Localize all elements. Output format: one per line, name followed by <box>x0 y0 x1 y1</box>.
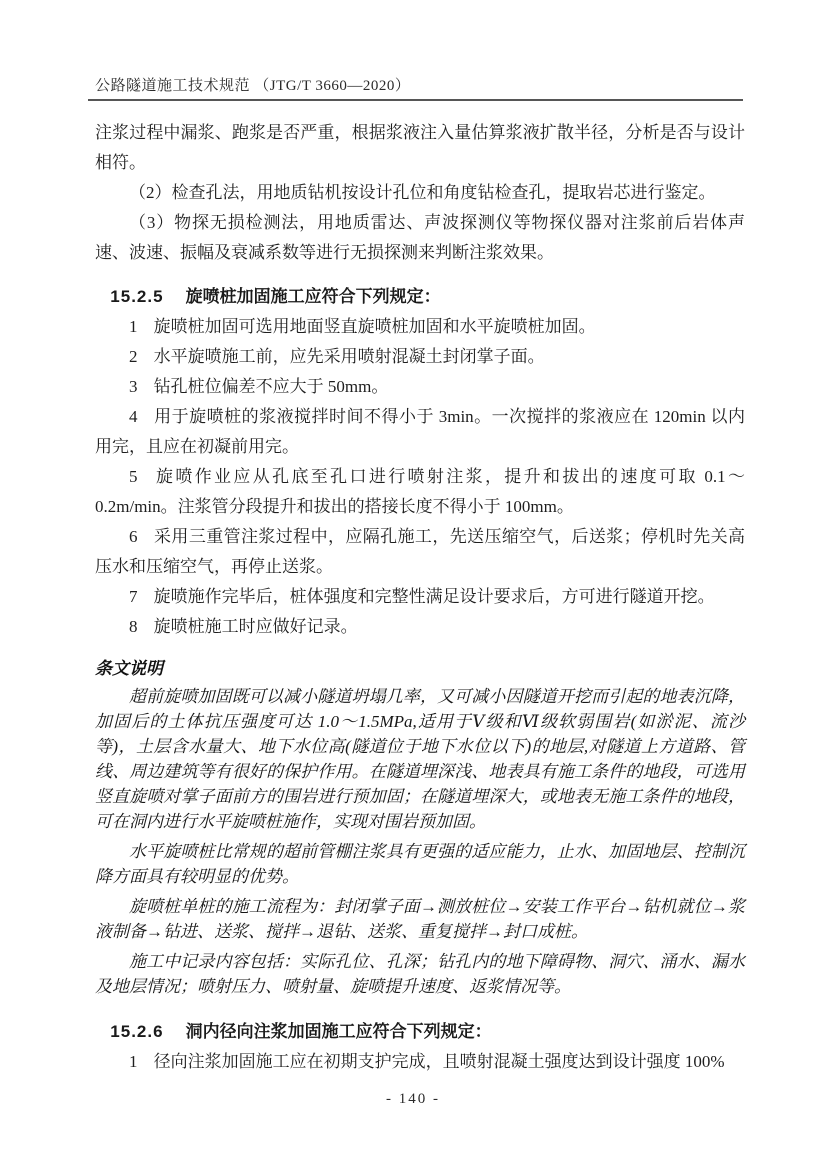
item-text: 旋喷桩加固可选用地面竖直旋喷桩加固和水平旋喷桩加固。 <box>154 317 596 336</box>
commentary-paragraph-4: 施工中记录内容包括：实际孔位、孔深；钻孔内的地下障碍物、洞穴、涌水、漏水及地层情… <box>95 949 745 999</box>
item-text: 用于旋喷桩的浆液搅拌时间不得小于 3min。一次搅拌的浆液应在 120min 以… <box>95 407 745 456</box>
item-number: 6 <box>129 527 138 546</box>
continued-paragraph: 注浆过程中漏浆、跑浆是否严重，根据浆液注入量估算浆液扩散半径，分析是否与设计相符… <box>95 118 745 178</box>
item-number: 8 <box>129 617 138 636</box>
commentary-section: 条文说明 超前旋喷加固既可以减小隧道坍塌几率，又可减小因隧道开挖而引起的地表沉降… <box>95 654 745 999</box>
clause-item-4: 4用于旋喷桩的浆液搅拌时间不得小于 3min。一次搅拌的浆液应在 120min … <box>95 402 745 462</box>
section-title: 旋喷桩加固施工应符合下列规定： <box>186 287 441 306</box>
commentary-paragraph-2: 水平旋喷桩比常规的超前管棚注浆具有更强的适应能力，止水、加固地层、控制沉降方面具… <box>95 839 745 889</box>
section-number: 15.2.6 <box>110 1022 163 1041</box>
clause-item-1526-1: 1径向注浆加固施工应在初期支护完成，且喷射混凝土强度达到设计强度 100% <box>95 1047 745 1077</box>
running-header-title: 公路隧道施工技术规范 （JTG/T 3660—2020） <box>95 74 410 95</box>
clause-item-7: 7旋喷施作完毕后，桩体强度和完整性满足设计要求后，方可进行隧道开挖。 <box>95 582 745 612</box>
section-heading-15-2-5: 15.2.5旋喷桩加固施工应符合下列规定： <box>95 282 745 312</box>
item-text: 采用三重管注浆过程中，应隔孔施工，先送压缩空气，后送浆；停机时先关高压水和压缩空… <box>95 527 745 576</box>
section-heading-15-2-6: 15.2.6洞内径向注浆加固施工应符合下列规定： <box>95 1017 745 1047</box>
item-number: 2 <box>129 347 138 366</box>
item-text: 旋喷桩施工时应做好记录。 <box>154 617 358 636</box>
clause-item-5: 5旋喷作业应从孔底至孔口进行喷射注浆，提升和拔出的速度可取 0.1～0.2m/m… <box>95 462 745 522</box>
section-number: 15.2.5 <box>110 287 163 306</box>
item-text: 旋喷施作完毕后，桩体强度和完整性满足设计要求后，方可进行隧道开挖。 <box>154 587 715 606</box>
clause-item-6: 6采用三重管注浆过程中，应隔孔施工，先送压缩空气，后送浆；停机时先关高压水和压缩… <box>95 522 745 582</box>
item-number: 4 <box>129 407 138 426</box>
item-number: 1 <box>129 317 138 336</box>
item-text: 径向注浆加固施工应在初期支护完成，且喷射混凝土强度达到设计强度 100% <box>154 1052 725 1071</box>
commentary-paragraph-1: 超前旋喷加固既可以减小隧道坍塌几率，又可减小因隧道开挖而引起的地表沉降，加固后的… <box>95 684 745 834</box>
page-number: - 140 - <box>0 1091 826 1108</box>
commentary-heading: 条文说明 <box>95 654 745 684</box>
method-paragraph-2: （2）检查孔法，用地质钻机按设计孔位和角度钻检查孔，提取岩芯进行鉴定。 <box>95 178 745 208</box>
page-body: 注浆过程中漏浆、跑浆是否严重，根据浆液注入量估算浆液扩散半径，分析是否与设计相符… <box>95 118 745 1077</box>
method-paragraph-3: （3）物探无损检测法，用地质雷达、声波探测仪等物探仪器对注浆前后岩体声速、波速、… <box>95 208 745 268</box>
commentary-paragraph-3: 旋喷桩单桩的施工流程为：封闭掌子面→测放桩位→安装工作平台→钻机就位→浆液制备→… <box>95 894 745 944</box>
item-number: 7 <box>129 587 138 606</box>
clause-item-3: 3钻孔桩位偏差不应大于 50mm。 <box>95 372 745 402</box>
header-rule <box>88 99 743 101</box>
clause-item-2: 2水平旋喷施工前，应先采用喷射混凝土封闭掌子面。 <box>95 342 745 372</box>
item-number: 3 <box>129 377 138 396</box>
clause-item-8: 8旋喷桩施工时应做好记录。 <box>95 612 745 642</box>
section-title: 洞内径向注浆加固施工应符合下列规定： <box>186 1022 492 1041</box>
item-number: 5 <box>129 467 138 486</box>
item-text: 旋喷作业应从孔底至孔口进行喷射注浆，提升和拔出的速度可取 0.1～0.2m/mi… <box>95 467 745 516</box>
item-number: 1 <box>129 1052 138 1071</box>
item-text: 钻孔桩位偏差不应大于 50mm。 <box>154 377 389 396</box>
item-text: 水平旋喷施工前，应先采用喷射混凝土封闭掌子面。 <box>154 347 545 366</box>
clause-item-1: 1旋喷桩加固可选用地面竖直旋喷桩加固和水平旋喷桩加固。 <box>95 312 745 342</box>
document-page: 公路隧道施工技术规范 （JTG/T 3660—2020） 注浆过程中漏浆、跑浆是… <box>0 0 826 1169</box>
